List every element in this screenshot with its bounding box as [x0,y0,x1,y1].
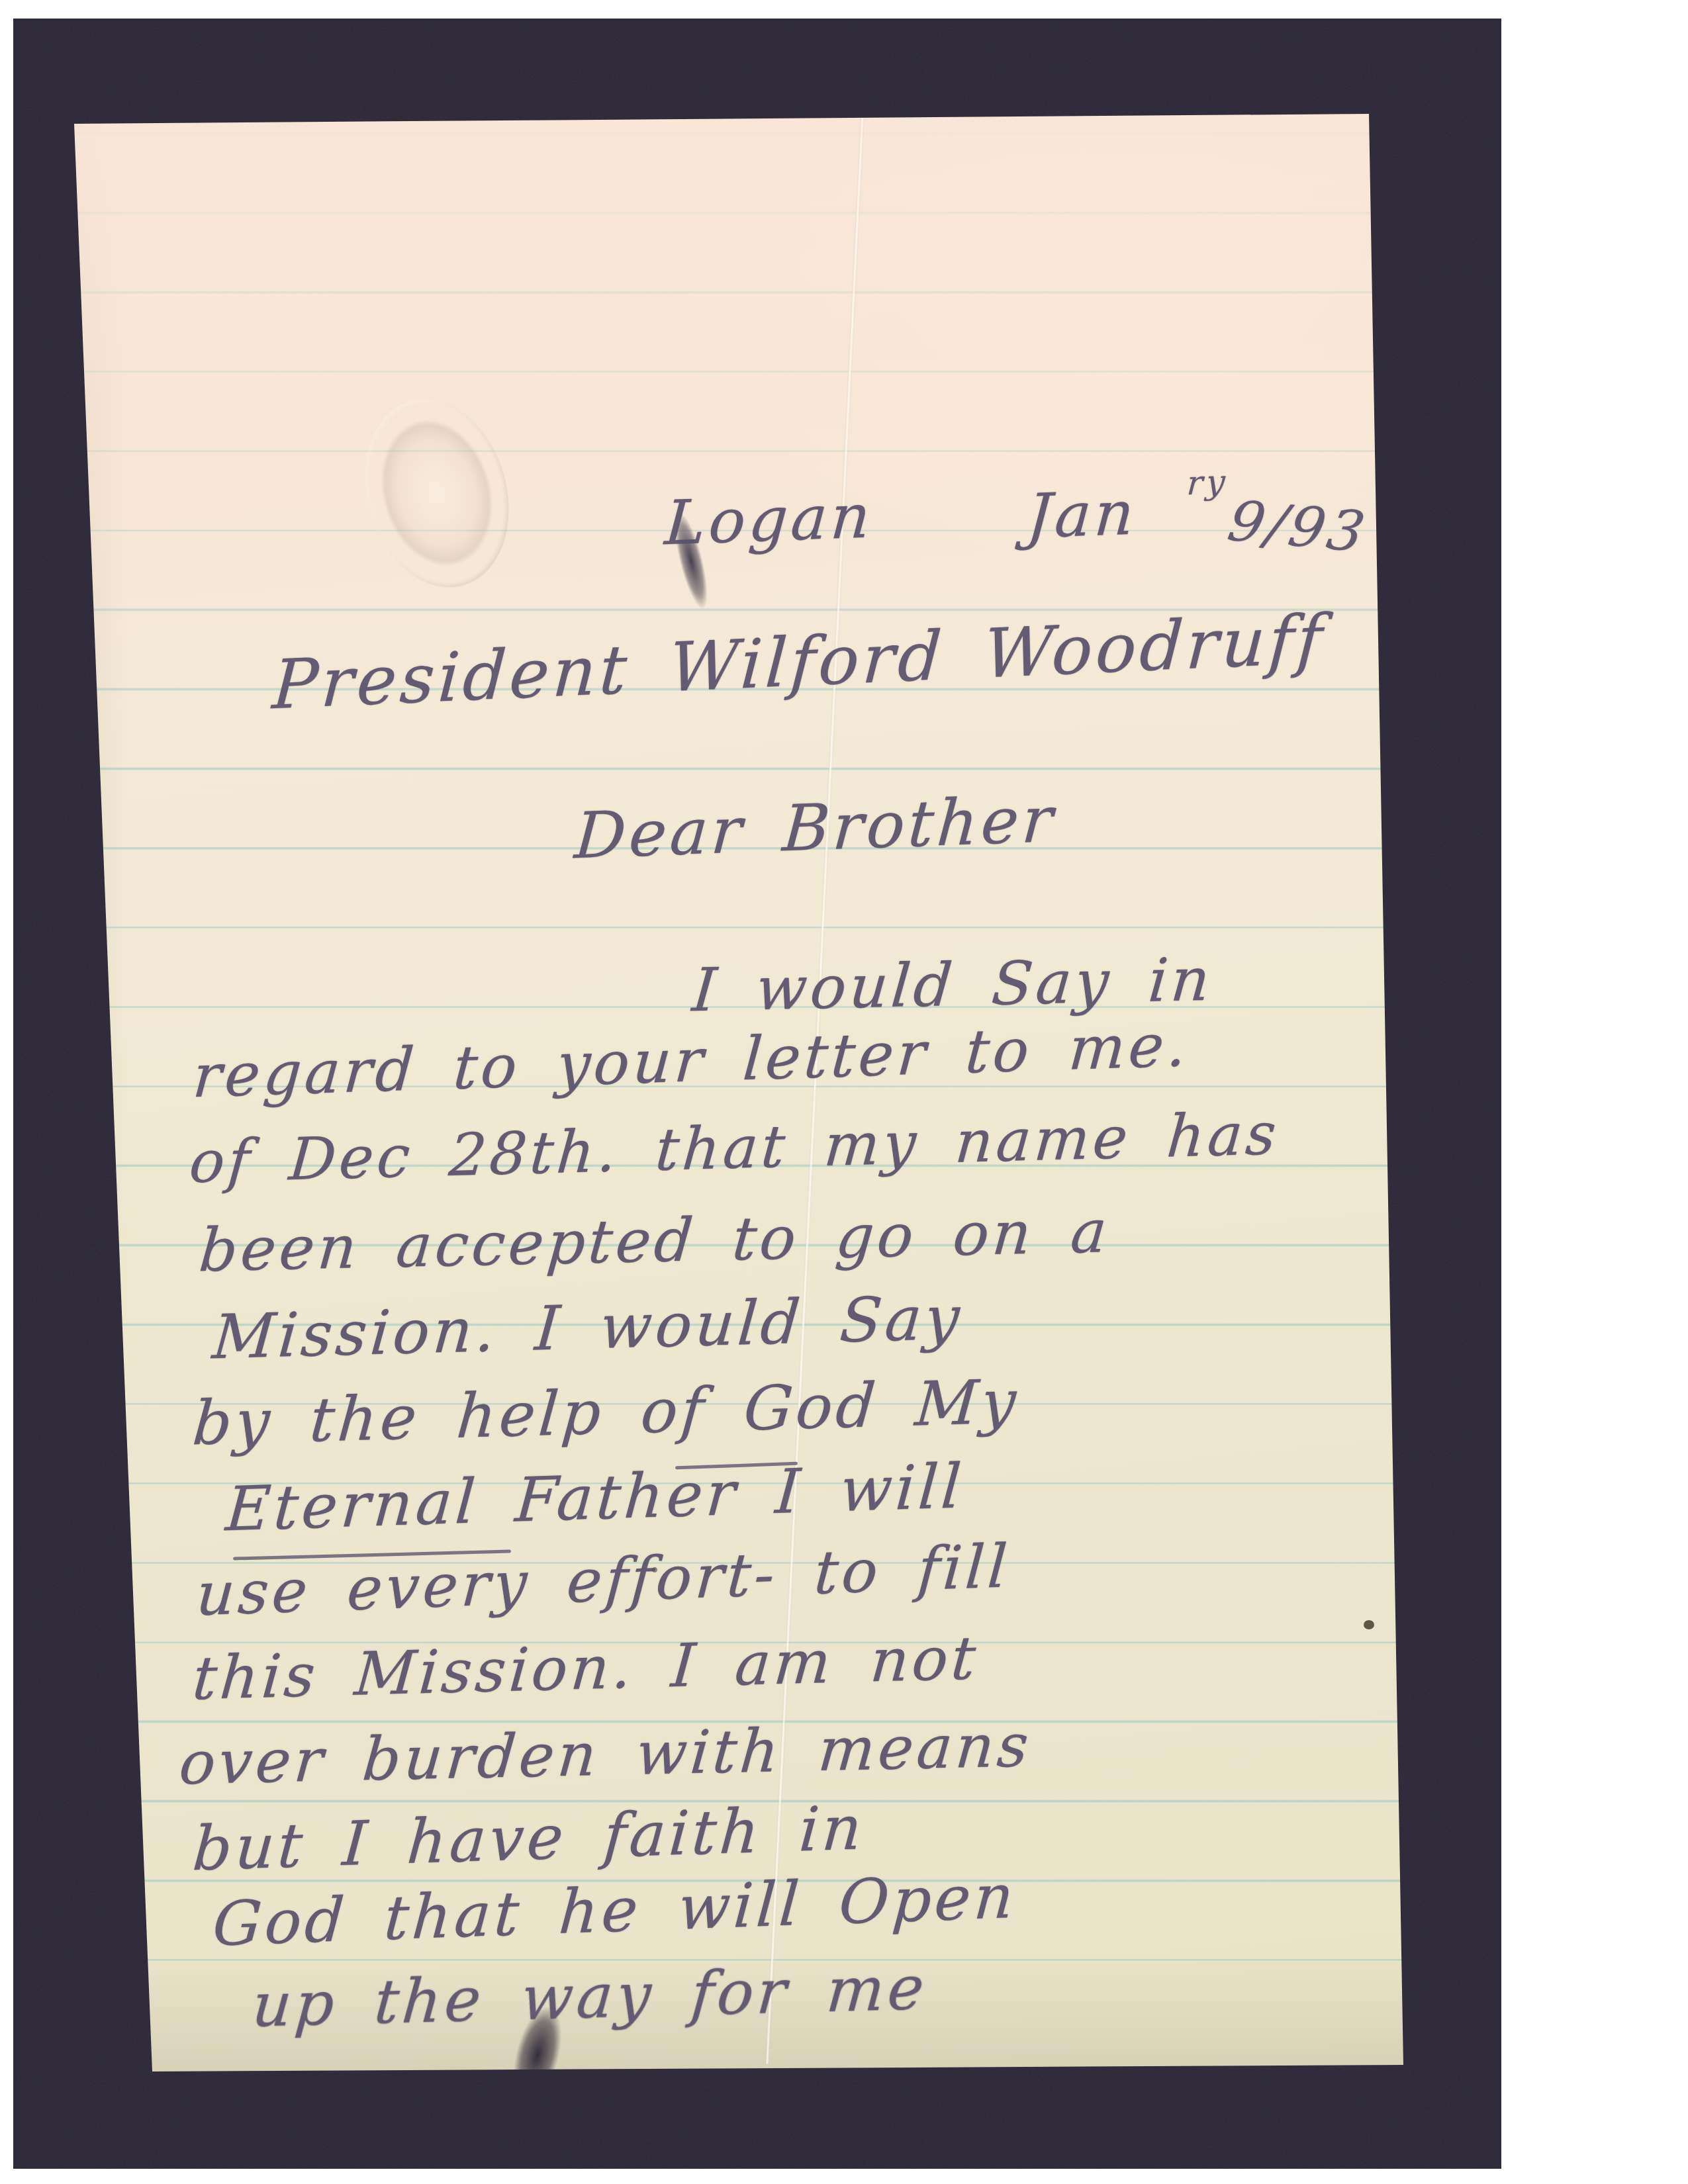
manuscript-line: of Dec 28th. that my name has [187,1105,1282,1191]
manuscript-line: Mission. I would Say [211,1287,965,1368]
salutation-line: Dear Brother [573,788,1058,868]
manuscript-line: use every effort- to fill [195,1537,1012,1625]
address-line: President Wilford Woodruff [271,606,1327,720]
manuscript-line: over burden with means [177,1716,1033,1794]
scan-page: Logan Jan ry 9/93 President Wilford Wood… [0,0,1688,2184]
heading-place: Logan [663,486,876,554]
manuscript-line: this Mission. I am not [191,1629,981,1709]
manuscript-line: up the way for me [250,1958,929,2036]
manuscript-line: Eternal Father I will [224,1456,966,1540]
manuscript-line: I would Say in [690,950,1215,1021]
manuscript-line: regard to your letter to me. [191,1016,1192,1107]
manuscript-line: by the help of God My [191,1371,1021,1454]
embossed-seal [344,382,530,605]
letter-paper: Logan Jan ry 9/93 President Wilford Wood… [74,114,1403,2071]
heading-date: 9/93 [1224,493,1372,560]
heading-month: Jan [1025,482,1139,547]
manuscript-line: but I have faith in [191,1797,867,1880]
heading-superscript: ry [1186,465,1229,500]
ink-speck [1364,1620,1374,1629]
manuscript-line: been accepted to go on a [197,1202,1112,1281]
